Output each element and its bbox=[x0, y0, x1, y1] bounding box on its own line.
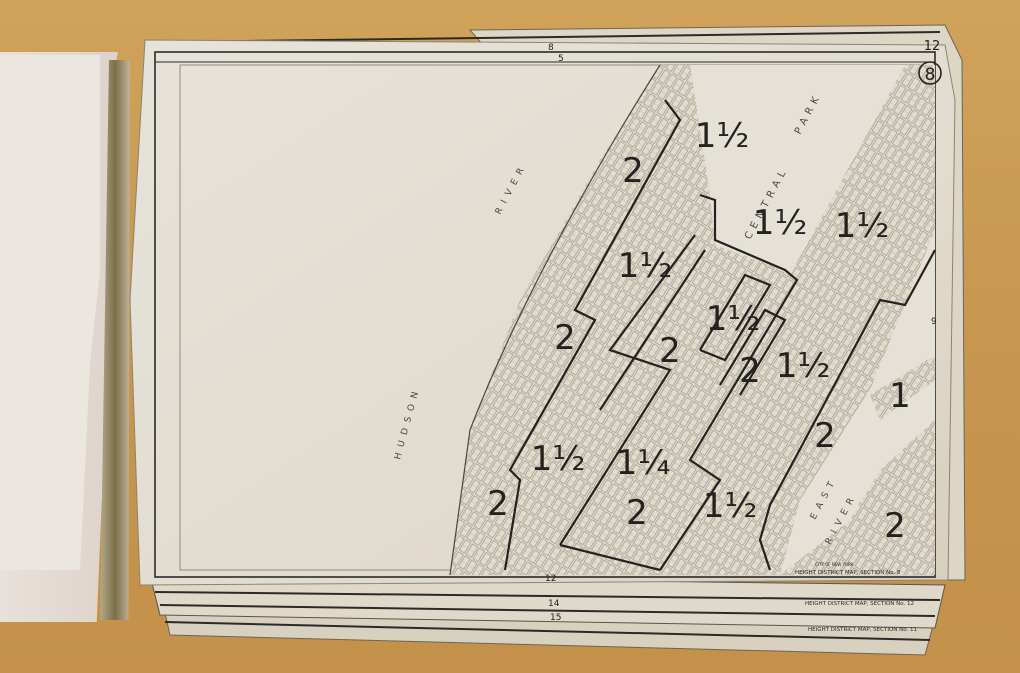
svg-text:HEIGHT DISTRICT MAP, SECTION N: HEIGHT DISTRICT MAP, SECTION No. 8 bbox=[795, 570, 901, 576]
svg-text:HEIGHT DISTRICT MAP, SECTION N: HEIGHT DISTRICT MAP, SECTION No. 12 bbox=[805, 601, 914, 607]
edge-number-bottom: 12 bbox=[545, 574, 556, 584]
svg-text:CITY OF NEW YORK: CITY OF NEW YORK bbox=[815, 562, 854, 567]
district-label: 2 bbox=[814, 416, 836, 456]
district-label: 1½ bbox=[706, 299, 761, 339]
district-label: 2 bbox=[884, 506, 906, 546]
edge-number-right: 9 bbox=[931, 317, 937, 327]
district-label: 1¼ bbox=[616, 443, 671, 483]
sheet-number: 8 bbox=[925, 65, 936, 85]
district-label: 1½ bbox=[835, 206, 890, 246]
district-label: 1½ bbox=[703, 486, 758, 526]
district-label: 1½ bbox=[776, 346, 831, 386]
district-label: 2 bbox=[626, 493, 648, 533]
edge-number-top-under: 8 bbox=[548, 43, 554, 53]
district-label: 2 bbox=[739, 351, 761, 391]
district-label: 1½ bbox=[695, 116, 750, 156]
district-label: 1½ bbox=[531, 439, 586, 479]
district-label: 2 bbox=[487, 484, 509, 524]
district-label: 1 bbox=[889, 376, 911, 416]
district-label: 1½ bbox=[618, 246, 673, 286]
svg-text:HEIGHT DISTRICT MAP, SECTION N: HEIGHT DISTRICT MAP, SECTION No. 11 bbox=[808, 627, 917, 633]
edge-number-under-2: 15 bbox=[550, 613, 561, 623]
map-stack: 8 12 8 5 9 12 14 15 HUDSON RIVER CENTRAL… bbox=[0, 0, 1020, 673]
district-label: 1½ bbox=[753, 203, 808, 243]
district-label: 2 bbox=[659, 331, 681, 371]
edge-number-top: 5 bbox=[558, 54, 564, 64]
edge-number-under-1: 14 bbox=[548, 599, 560, 609]
district-label: 2 bbox=[554, 318, 576, 358]
district-label: 2 bbox=[622, 151, 644, 191]
under-sheet-number: 12 bbox=[924, 39, 941, 54]
